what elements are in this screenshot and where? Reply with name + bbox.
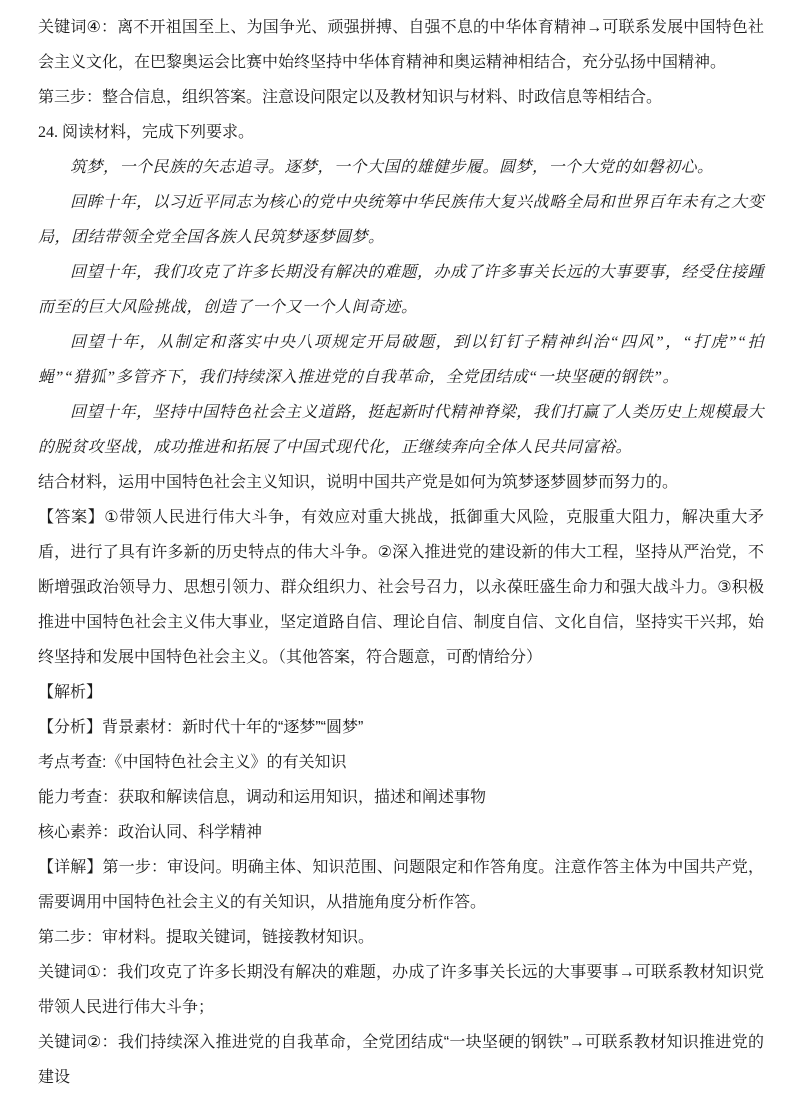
keyword-4-paragraph: 关键词④：离不开祖国至上、为国争光、顽强拼搏、自强不息的中华体育精神→可联系发展… — [38, 10, 764, 80]
material-paragraph-2: 回眸十年，以习近平同志为核心的党中央统筹中华民族伟大复兴战略全局和世界百年未有之… — [38, 185, 764, 255]
analysis-background-paragraph: 【分析】背景素材：新时代十年的“逐梦”“圆梦” — [38, 710, 764, 745]
keyword-1-paragraph: 关键词①：我们攻克了许多长期没有解决的难题，办成了许多事关长远的大事要事→可联系… — [38, 955, 764, 1025]
material-paragraph-5: 回望十年，坚持中国特色社会主义道路，挺起新时代精神脊梁，我们打赢了人类历史上规模… — [38, 395, 764, 465]
keyword-2-paragraph: 关键词②：我们持续深入推进党的自我革命，全党团结成“一块坚硬的钢铁”→可联系教材… — [38, 1025, 764, 1095]
material-paragraph-1: 筑梦，一个民族的矢志追寻。逐梦，一个大国的雄健步履。圆梦，一个大党的如磐初心。 — [38, 150, 764, 185]
document-page: 关键词④：离不开祖国至上、为国争光、顽强拼搏、自强不息的中华体育精神→可联系发展… — [0, 0, 800, 1095]
detail-step-2-paragraph: 第二步：审材料。提取关键词，链接教材知识。 — [38, 920, 764, 955]
step-3-paragraph: 第三步：整合信息，组织答案。注意设问限定以及教材知识与材料、时政信息等相结合。 — [38, 80, 764, 115]
question-24-heading: 24. 阅读材料，完成下列要求。 — [38, 115, 764, 150]
analysis-heading: 【解析】 — [38, 675, 764, 710]
question-task-paragraph: 结合材料，运用中国特色社会主义知识，说明中国共产党是如何为筑梦逐梦圆梦而努力的。 — [38, 465, 764, 500]
exam-point-paragraph: 考点考查:《中国特色社会主义》的有关知识 — [38, 745, 764, 780]
detail-step-1-paragraph: 【详解】第一步：审设问。明确主体、知识范围、问题限定和作答角度。注意作答主体为中… — [38, 850, 764, 920]
answer-paragraph: 【答案】①带领人民进行伟大斗争，有效应对重大挑战，抵御重大风险，克服重大阻力，解… — [38, 500, 764, 675]
ability-paragraph: 能力考查：获取和解读信息，调动和运用知识，描述和阐述事物 — [38, 780, 764, 815]
material-paragraph-4: 回望十年，从制定和落实中央八项规定开局破题，到以钉钉子精神纠治“四风”，“打虎”… — [38, 325, 764, 395]
core-literacy-paragraph: 核心素养：政治认同、科学精神 — [38, 815, 764, 850]
material-paragraph-3: 回望十年，我们攻克了许多长期没有解决的难题，办成了许多事关长远的大事要事，经受住… — [38, 255, 764, 325]
